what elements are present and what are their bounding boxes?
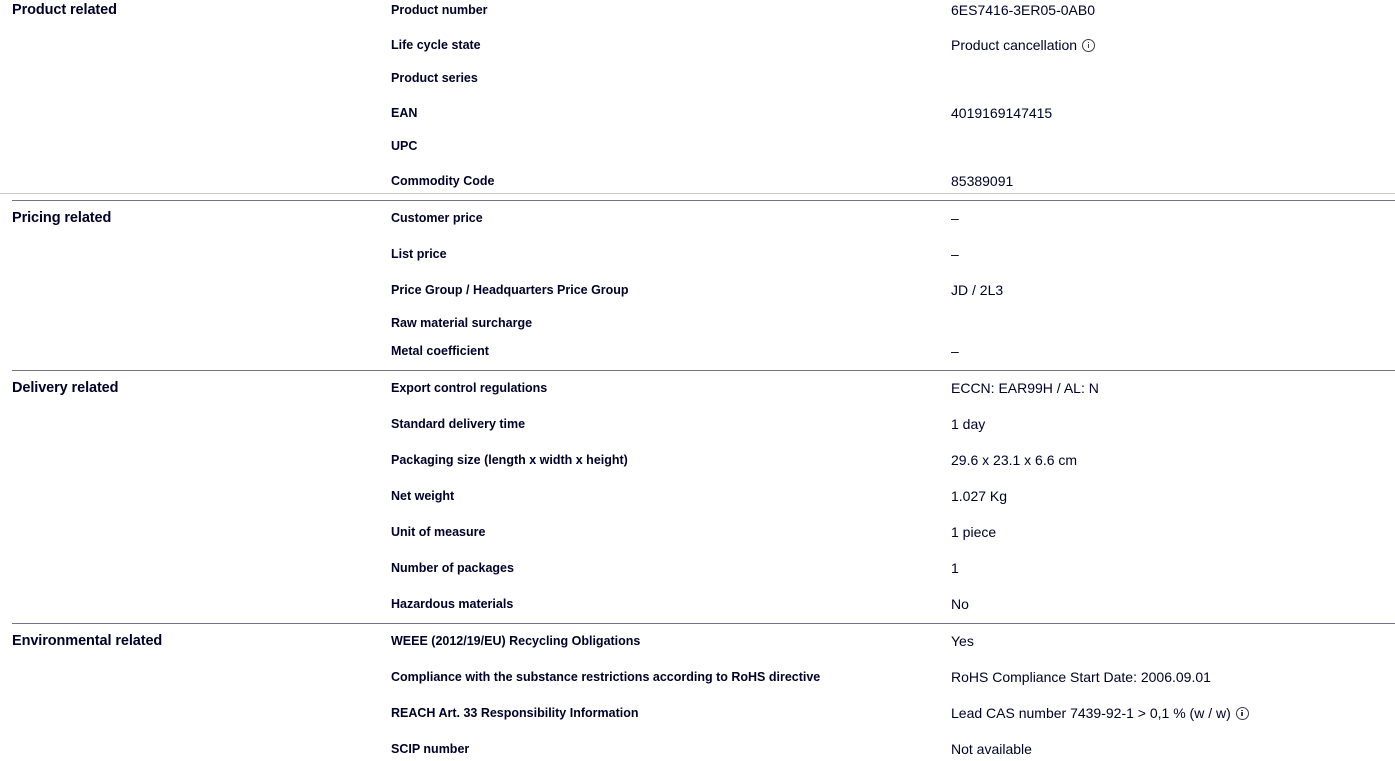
table-row: EAN 4019169147415 — [0, 105, 1395, 125]
row-value: – — [951, 343, 959, 359]
section-divider — [12, 623, 1395, 624]
row-value: – — [951, 210, 959, 226]
table-row: Compliance with the substance restrictio… — [0, 669, 1395, 689]
table-row: Hazardous materials No — [0, 596, 1395, 616]
row-label: Export control regulations — [391, 381, 547, 395]
section-divider — [12, 200, 1395, 201]
row-label: Hazardous materials — [391, 597, 513, 611]
row-label: Metal coefficient — [391, 344, 489, 358]
row-value: Yes — [951, 633, 974, 649]
row-label: Product series — [391, 71, 478, 85]
row-value: RoHS Compliance Start Date: 2006.09.01 — [951, 669, 1211, 685]
row-value: 1 — [951, 560, 959, 576]
value-text: 1 piece — [951, 524, 996, 540]
section-divider — [12, 370, 1395, 371]
divider — [0, 193, 1395, 194]
row-value: JD / 2L3 — [951, 282, 1003, 298]
row-value: Lead CAS number 7439-92-1 > 0,1 % (w / w… — [951, 705, 1249, 721]
row-value: 29.6 x 23.1 x 6.6 cm — [951, 452, 1077, 468]
value-text: – — [951, 246, 959, 262]
row-value: 1 piece — [951, 524, 996, 540]
value-text: ECCN: EAR99H / AL: N — [951, 380, 1099, 396]
table-row: Price Group / Headquarters Price Group J… — [0, 282, 1395, 302]
value-text: Product cancellation — [951, 37, 1077, 53]
row-label: Number of packages — [391, 561, 514, 575]
row-label: UPC — [391, 139, 417, 153]
row-value: No — [951, 596, 969, 612]
row-label: Customer price — [391, 211, 483, 225]
row-value: – — [951, 246, 959, 262]
row-label: Packaging size (length x width x height) — [391, 453, 628, 467]
row-label: Compliance with the substance restrictio… — [391, 670, 820, 684]
row-value: ECCN: EAR99H / AL: N — [951, 380, 1099, 396]
row-label: Raw material surcharge — [391, 316, 532, 330]
table-row: UPC — [0, 138, 1395, 158]
row-label: Net weight — [391, 489, 454, 503]
value-text: 1 — [951, 560, 959, 576]
table-row: Export control regulations ECCN: EAR99H … — [0, 380, 1395, 400]
table-row: Product number 6ES7416-3ER05-0AB0 — [0, 2, 1395, 22]
value-text: 6ES7416-3ER05-0AB0 — [951, 2, 1095, 18]
table-row: Commodity Code 85389091 — [0, 173, 1395, 193]
row-value: 85389091 — [951, 173, 1013, 189]
value-text: RoHS Compliance Start Date: 2006.09.01 — [951, 669, 1211, 685]
row-value: Not available — [951, 741, 1032, 757]
table-row: Product series — [0, 70, 1395, 90]
table-row: Number of packages 1 — [0, 560, 1395, 580]
value-text: No — [951, 596, 969, 612]
value-text: 1.027 Kg — [951, 488, 1007, 504]
value-text: Lead CAS number 7439-92-1 > 0,1 % (w / w… — [951, 705, 1231, 721]
row-label: Unit of measure — [391, 525, 485, 539]
row-label: Commodity Code — [391, 174, 494, 188]
table-row: WEEE (2012/19/EU) Recycling Obligations … — [0, 633, 1395, 653]
info-icon[interactable] — [1082, 39, 1095, 52]
value-text: Yes — [951, 633, 974, 649]
value-text: JD / 2L3 — [951, 282, 1003, 298]
table-row: Standard delivery time 1 day — [0, 416, 1395, 436]
table-row: Life cycle state Product cancellation — [0, 37, 1395, 57]
table-row: Packaging size (length x width x height)… — [0, 452, 1395, 472]
table-row: Metal coefficient – — [0, 343, 1395, 363]
row-value: 6ES7416-3ER05-0AB0 — [951, 2, 1095, 18]
table-row: REACH Art. 33 Responsibility Information… — [0, 705, 1395, 725]
value-text: 29.6 x 23.1 x 6.6 cm — [951, 452, 1077, 468]
value-text: – — [951, 343, 959, 359]
table-row: Net weight 1.027 Kg — [0, 488, 1395, 508]
row-label: REACH Art. 33 Responsibility Information — [391, 706, 638, 720]
row-label: Price Group / Headquarters Price Group — [391, 283, 629, 297]
value-text: Not available — [951, 741, 1032, 757]
row-label: WEEE (2012/19/EU) Recycling Obligations — [391, 634, 640, 648]
row-label: Standard delivery time — [391, 417, 525, 431]
value-text: 4019169147415 — [951, 105, 1052, 121]
row-value: 1 day — [951, 416, 985, 432]
table-row: SCIP number Not available — [0, 741, 1395, 761]
table-row: Customer price – — [0, 210, 1395, 230]
row-value: Product cancellation — [951, 37, 1095, 53]
row-label: Product number — [391, 3, 488, 17]
table-row: List price – — [0, 246, 1395, 266]
row-label: EAN — [391, 106, 417, 120]
row-label: Life cycle state — [391, 38, 481, 52]
value-text: 85389091 — [951, 173, 1013, 189]
row-label: List price — [391, 247, 447, 261]
row-value: 4019169147415 — [951, 105, 1052, 121]
value-text: – — [951, 210, 959, 226]
table-row: Raw material surcharge — [0, 315, 1395, 335]
table-row: Unit of measure 1 piece — [0, 524, 1395, 544]
info-icon[interactable] — [1236, 707, 1249, 720]
row-label: SCIP number — [391, 742, 469, 756]
row-value: 1.027 Kg — [951, 488, 1007, 504]
value-text: 1 day — [951, 416, 985, 432]
